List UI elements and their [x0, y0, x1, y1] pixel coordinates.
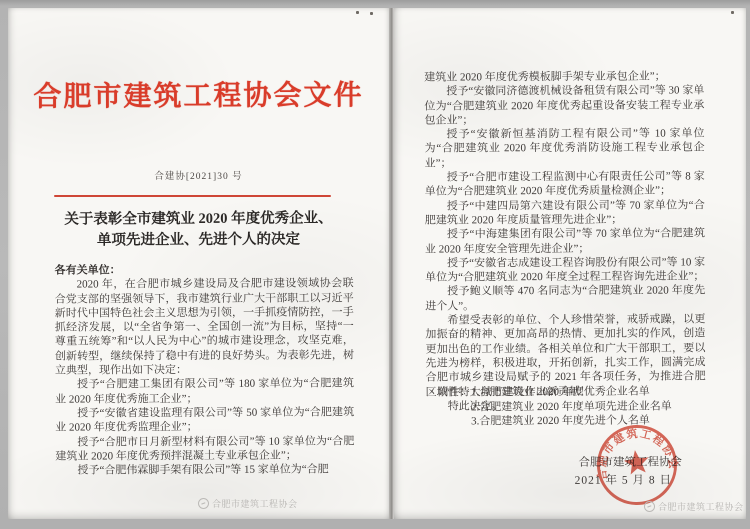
body-paragraph: 授予“安徽省志成建设工程咨询股份有限公司”等 10 家单位为“合肥建筑业 202…	[425, 255, 705, 285]
body-paragraph: 授予“合肥建工集团有限公司”等 180 家单位为“合肥建筑业 2020 年度优秀…	[55, 377, 354, 407]
association-logo-icon	[644, 501, 655, 512]
body-paragraph: 授予“合肥市日月新型材料有限公司”等 10 家单位为“合肥建筑业 2020 年度…	[55, 434, 354, 464]
document-page-right: 建筑业 2020 年度优秀模板脚手架专业承包企业”； 授予“安徽同济德渡机械设备…	[394, 8, 746, 519]
red-divider-line	[54, 195, 331, 197]
footer-watermark-text: 合肥市建筑工程协会	[212, 497, 298, 510]
body-text-left: 各有关单位： 2020 年，在合肥市城乡建设局及合肥市建设领域协会联合党支部的坚…	[55, 262, 355, 478]
body-paragraph: 2020 年，在合肥市城乡建设局及合肥市建设领域协会联合党支部的坚强领导下，我市…	[55, 277, 354, 378]
footer-watermark-left: 合肥市建筑工程协会	[198, 497, 298, 510]
body-paragraph: 授予“中建四局第六建设有限公司”等 70 家单位为“合肥建筑业 2020 年度质…	[425, 198, 705, 228]
body-paragraph: 授予“安徽新恒基消防工程有限公司”等 10 家单位为“合肥建筑业 2020 年度…	[425, 127, 705, 171]
body-paragraph: 授予“安徽同济德渡机械设备租赁有限公司”等 30 家单位为“合肥建筑业 2020…	[424, 84, 704, 128]
document-page-left: 合肥市建筑工程协会文件 合建协[2021]30 号 关于表彰全市建筑业 2020…	[8, 8, 389, 519]
document-number: 合建协[2021]30 号	[8, 168, 389, 182]
body-paragraph: 授予“合肥市建设工程监测中心有限责任公司”等 8 家单位为“合肥建筑业 2020…	[425, 169, 705, 199]
body-paragraph: 授予“合肥伟霖脚手架有限公司”等 15 家单位为“合肥	[55, 463, 354, 479]
decision-title-line1: 关于表彰全市建筑业 2020 年度优秀企业、	[34, 208, 363, 230]
staple-mark	[356, 11, 359, 14]
body-paragraph: 建筑业 2020 年度优秀模板脚手架专业承包企业”；	[424, 69, 704, 85]
seal-star-icon	[623, 448, 651, 475]
salutation: 各有关单位：	[55, 262, 354, 278]
body-paragraph: 授予“安徽省建设监理有限公司”等 50 家单位为“合肥建筑业 2020 年度优秀…	[55, 405, 354, 435]
staple-mark	[731, 11, 734, 14]
attachment-item: 2.合肥建筑业 2020 年度单项先进企业名单	[471, 399, 672, 414]
staple-mark	[370, 12, 373, 15]
attachment-item: 1.合肥建筑业 2020 年度优秀企业名单	[471, 384, 672, 399]
body-paragraph: 授予鲍义顺等 470 名同志为“合肥建筑业 2020 年度先进个人”。	[425, 284, 705, 314]
attachments-label: 附件：	[438, 385, 471, 429]
body-paragraph: 授予“中海建集团有限公司”等 70 家单位为“合肥建筑业 2020 年度安全管理…	[425, 227, 705, 257]
red-letterhead-title: 合肥市建筑工程协会文件	[8, 73, 389, 115]
body-text-right: 建筑业 2020 年度优秀模板脚手架专业承包企业”； 授予“安徽同济德渡机械设备…	[424, 69, 705, 413]
decision-title: 关于表彰全市建筑业 2020 年度优秀企业、 单项先进企业、先进个人的决定	[34, 208, 363, 251]
association-logo-icon	[198, 498, 209, 509]
footer-watermark-text: 合肥市建筑工程协会	[658, 500, 744, 513]
decision-title-line2: 单项先进企业、先进个人的决定	[34, 229, 363, 251]
footer-watermark-right: 合肥市建筑工程协会	[644, 500, 744, 513]
scanned-document-photo: { "document": { "issuer": "合肥市建筑工程协会", "…	[0, 0, 750, 529]
